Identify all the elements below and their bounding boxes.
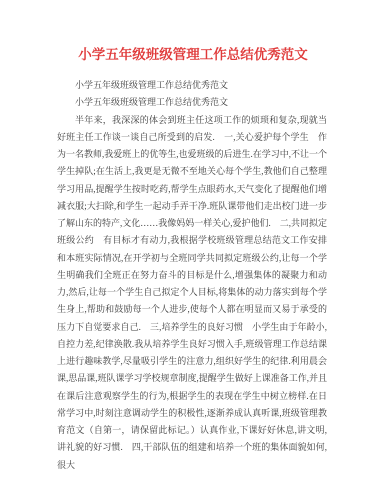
document-body: 小学五年级班级管理工作总结优秀范文 小学五年级班级管理工作总结优秀范文 半年来，… xyxy=(57,77,327,474)
document-page: 小学五年级班级管理工作总结优秀范文 小学五年级班级管理工作总结优秀范文 小学五年… xyxy=(0,0,386,500)
subtitle-line-1: 小学五年级班级管理工作总结优秀范文 xyxy=(57,77,327,94)
subtitle-line-2: 小学五年级班级管理工作总结优秀范文 xyxy=(57,94,327,111)
document-title: 小学五年级班级管理工作总结优秀范文 xyxy=(0,43,386,63)
body-paragraph: 半年来，我深深的体会到班主任这项工作的烦琐和复杂,现就当好班主任工作谈一谈自己所… xyxy=(57,112,327,474)
